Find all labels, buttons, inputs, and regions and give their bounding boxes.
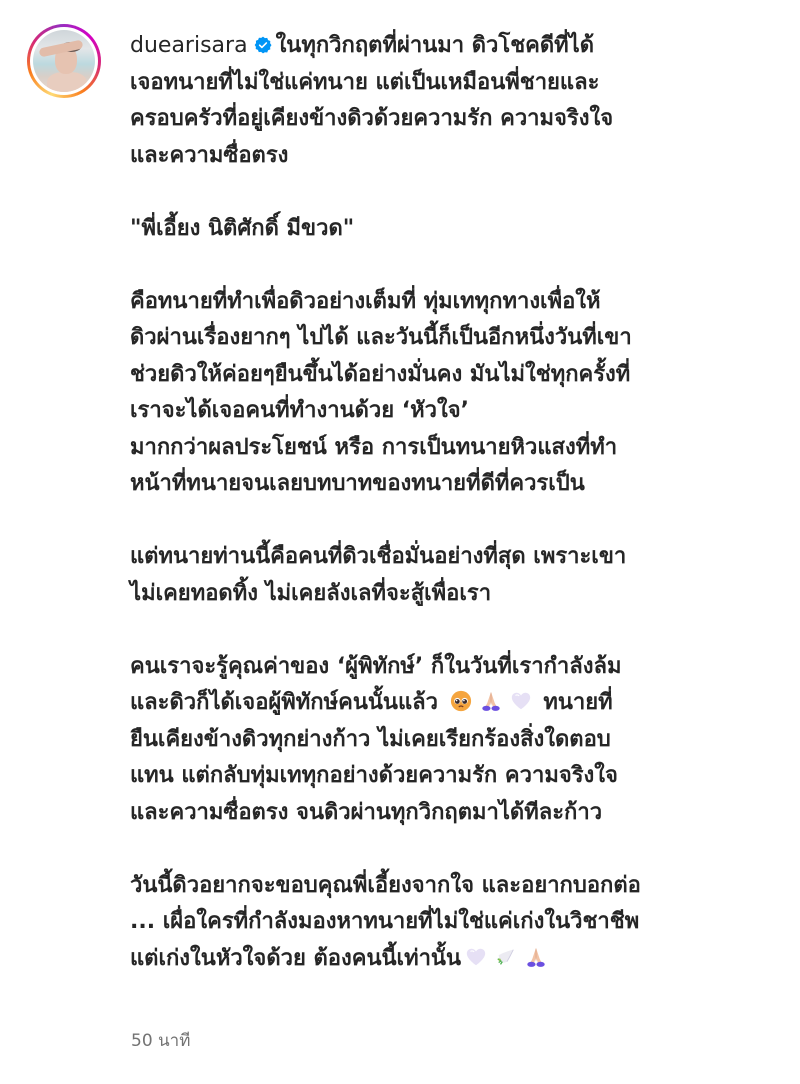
paragraph-break <box>130 247 770 284</box>
white-heart-emoji-icon <box>510 690 532 712</box>
caption-line: หน้าที่ทนายจนเลยบทบาทของทนายที่ดีที่ควรเ… <box>130 466 770 503</box>
caption-line: ไม่เคยทอดทิ้ง ไม่เคยลังเลที่จะสู้เพื่อเร… <box>130 576 770 613</box>
post-timestamp[interactable]: 50 นาที <box>131 1027 190 1054</box>
caption-line: คนเราจะรู้คุณค่าของ ‘ผู้พิทักษ์’ ก็ในวัน… <box>130 649 770 686</box>
caption-line: ยืนเคียงข้างดิวทุกย่างก้าว ไม่เคยเรียกร้… <box>130 722 770 759</box>
caption-text: และดิวก็ได้เจอผู้พิทักษ์คนนั้นแล้ว <box>130 690 438 715</box>
caption-line: แต่เก่งในหัวใจด้วย ต้องคนนี้เท่านั้น <box>130 941 770 978</box>
avatar-photo-body <box>47 72 87 92</box>
caption-line: มากกว่าผลประโยชน์ หรือ การเป็นทนายหิวแสง… <box>130 430 770 467</box>
avatar-ring-gap <box>30 27 98 95</box>
verified-badge-icon <box>254 36 272 54</box>
caption-line: ช่วยดิวให้ค่อยๆยืนขึ้นได้อย่างมั่นคง มัน… <box>130 357 770 394</box>
avatar-story-ring[interactable] <box>27 24 101 98</box>
caption-line: ดิวผ่านเรื่องยากๆ ไปได้ และวันนี้ก็เป็นอ… <box>130 320 770 357</box>
pleading-face-emoji-icon <box>450 690 472 712</box>
caption-line: และความซื่อตรง จนดิวผ่านทุกวิกฤตมาได้ทีล… <box>130 795 770 832</box>
caption-line: แต่ทนายท่านนี้คือคนที่ดิวเชื่อมั่นอย่างท… <box>130 539 770 576</box>
caption-line: คือทนายที่ทำเพื่อดิวอย่างเต็มที่ ทุ่มเทท… <box>130 284 770 321</box>
caption-text: ในทุกวิกฤตที่ผ่านมา ดิวโชคดีที่ได้ <box>276 33 594 58</box>
caption-line: ... เผื่อใครที่กำลังมองหาทนายที่ไม่ใช่แค… <box>130 904 770 941</box>
username-link[interactable]: duearisara <box>130 33 248 58</box>
caption-text: แต่เก่งในหัวใจด้วย ต้องคนนี้เท่านั้น <box>130 946 461 971</box>
caption-line: และดิวก็ได้เจอผู้พิทักษ์คนนั้นแล้ว ทนายท… <box>130 685 770 722</box>
caption-line: เจอทนายที่ไม่ใช่แค่ทนาย แต่เป็นเหมือนพี่… <box>130 65 770 102</box>
paragraph-break <box>130 174 770 211</box>
instagram-caption-comment: duearisaraในทุกวิกฤตที่ผ่านมา ดิวโชคดีที… <box>0 0 800 1084</box>
caption-line: duearisaraในทุกวิกฤตที่ผ่านมา ดิวโชคดีที… <box>130 28 770 65</box>
caption-text: ทนายที่ <box>543 690 612 715</box>
paragraph-break <box>130 503 770 540</box>
white-heart-emoji-icon <box>465 946 487 968</box>
paragraph-break <box>130 612 770 649</box>
caption-line: ครอบครัวที่อยู่เคียงข้างดิวด้วยความรัก ค… <box>130 101 770 138</box>
caption-line: แทน แต่กลับทุ่มเททุกอย่างด้วยความรัก ควา… <box>130 758 770 795</box>
folded-hands-emoji-icon <box>525 946 547 968</box>
caption-line: และความซื่อตรง <box>130 138 770 175</box>
paragraph-break <box>130 831 770 868</box>
caption-line: เราจะได้เจอคนที่ทำงานด้วย ‘หัวใจ’ <box>130 393 770 430</box>
folded-hands-emoji-icon <box>480 690 502 712</box>
caption-line-quote: "พี่เอี้ยง นิติศักดิ์ มีขวด" <box>130 211 770 248</box>
avatar[interactable] <box>33 30 95 92</box>
dove-emoji-icon <box>495 946 517 968</box>
post-caption: duearisaraในทุกวิกฤตที่ผ่านมา ดิวโชคดีที… <box>130 28 770 977</box>
caption-line: วันนี้ดิวอยากจะขอบคุณพี่เอี้ยงจากใจ และอ… <box>130 868 770 905</box>
